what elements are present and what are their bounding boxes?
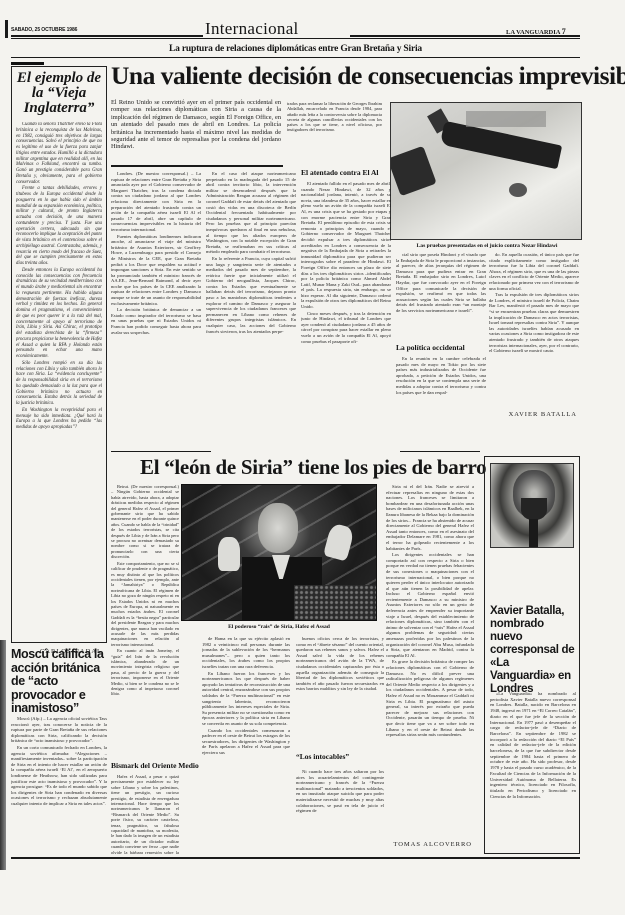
assad-caption: El poderoso “rais” de Siria, Hafez el As… xyxy=(181,624,377,630)
lead-paragraph: Fuentes diplomáticas londinenses indicar… xyxy=(111,234,201,307)
paper-name: LA VANGUARDIA 7 xyxy=(506,27,566,36)
editorial-paragraph: Cuando la señora Thatcher envió la Flota… xyxy=(16,122,102,185)
paper-name-text: LA VANGUARDIA xyxy=(506,29,560,36)
separator-rule xyxy=(400,451,480,452)
bullets-shape xyxy=(466,111,546,127)
lead-subhead-el-al: El atentado contra El Al xyxy=(301,168,391,178)
lion-subhead-intocables: “Los intocables” xyxy=(296,752,384,762)
lead-headline: Una valiente decisión de consecuencias i… xyxy=(111,62,581,90)
lead-paragraph: Londres. (De nuestro corresponsal.) – La… xyxy=(111,171,201,233)
lead-col-2: En el caso del ataque norteamericano per… xyxy=(206,171,296,443)
lead-col-4b: En la reunión en la cumbre celebrada el … xyxy=(396,356,486,414)
lead-byline: XAVIER BATALLA xyxy=(489,411,577,418)
lead-paragraph: cial sirio que poseía Hindawi y el visad… xyxy=(396,252,486,314)
topic-banner: La ruptura de relaciones diplomáticas en… xyxy=(11,44,580,54)
batalla-photo xyxy=(490,463,574,548)
profile-paragraph: «La Vanguardia» ha nombrado al periodist… xyxy=(490,691,576,799)
lion-paragraph: En Líbano fueron los franceses y los nor… xyxy=(202,671,290,727)
editorial-title: El ejemplo de la “Vieja Inglaterra” xyxy=(16,71,102,116)
editorial-box: El ejemplo de la “Vieja Inglaterra” Cuan… xyxy=(11,66,107,643)
lion-headline: El “león de Siria” tiene los pies de bar… xyxy=(140,455,480,479)
lead-deck: El Reino Unido se convirtió ayer en el p… xyxy=(111,99,281,151)
profile-headline: Xavier Batalla, nombrado nuevo correspon… xyxy=(490,605,576,696)
keypad-shape xyxy=(390,146,437,197)
pistol-shape xyxy=(440,121,562,169)
lead-col-1: Londres. (De nuestro corresponsal.) – La… xyxy=(111,171,201,443)
lead-paragraph: La decisión británica de denunciar a un … xyxy=(111,307,201,335)
lead-paragraph: En la reunión en la cumbre celebrada el … xyxy=(396,356,486,395)
section-title: Internacional xyxy=(205,20,299,38)
lead-col-5: do. En aquella ocasión, el único país qu… xyxy=(489,252,579,404)
lion-paragraph: Hafez el Assad, a pesar o quizá precisam… xyxy=(111,774,179,854)
moscow-body: Moscú (Afp.) – La agencia oficial soviét… xyxy=(11,716,107,851)
lead-col-4: cial sirio que poseía Hindawi y el visad… xyxy=(396,252,486,338)
lion-byline: TOMAS ALCOVERRO xyxy=(386,841,472,848)
bottom-rule xyxy=(11,857,580,859)
lion-paragraph: Este comportamiento, que no se sí califi… xyxy=(111,561,179,648)
editorial-tab xyxy=(11,62,44,65)
lion-paragraph: Es grave la decisión británica de romper… xyxy=(386,659,474,737)
masthead-date: SABADO, 25 OCTUBRE 1986 xyxy=(11,27,77,33)
evidence-caption: Las pruebas presentadas en el juicio con… xyxy=(392,243,582,249)
deck-rule xyxy=(111,165,283,167)
editorial-paragraph: Sólo Londres rompió en su día las relaci… xyxy=(16,361,102,407)
lion-paragraph: Los dirigentes occidentales se han compo… xyxy=(386,552,474,658)
lion-col-4: Siria ni el del Irán. Nadie se atrevió a… xyxy=(386,484,474,834)
lion-paragraph: Siria ni el del Irán. Nadie se atrevió a… xyxy=(386,484,474,551)
editorial-body: Cuando la señora Thatcher envió la Flota… xyxy=(16,122,102,640)
scan-edge xyxy=(0,640,6,870)
lead-paragraph: En el caso del ataque norteamericano per… xyxy=(206,171,296,255)
separator-rule xyxy=(111,451,211,452)
page-number: 7 xyxy=(562,27,566,36)
lion-paragraph: Beirut. (De nuestro corresponsal.) – Nin… xyxy=(111,484,179,560)
lead-paragraph: Cinco meses después, y tras la detención… xyxy=(301,311,391,345)
crowd-shape xyxy=(294,585,377,621)
lead-paragraph: Tras la expulsión de tres diplomáticos s… xyxy=(489,292,579,354)
lion-paragraph: Ni cuando hace tres años saltaron por lo… xyxy=(296,769,384,814)
moscow-headline: Moscú califica la acción británica de “a… xyxy=(11,648,107,716)
lead-subhead-politica: La política occidental xyxy=(396,343,486,353)
evidence-photo xyxy=(390,102,582,240)
lead-col-3: El atentado fallido en el pasado mes de … xyxy=(301,181,391,443)
face-shape xyxy=(258,503,298,553)
assad-photo xyxy=(181,484,377,621)
editorial-paragraph: Desde entonces la Europa occidental ha c… xyxy=(16,268,102,360)
profile-box: Xavier Batalla, nombrado nuevo correspon… xyxy=(484,456,580,854)
masthead-rule-left xyxy=(11,35,203,37)
edge-mark xyxy=(5,20,8,38)
editorial-paragraph: En Washington la receptividad para el me… xyxy=(16,408,102,431)
lead-paragraph: En lo referente a Francia, cuya capital … xyxy=(206,256,296,334)
lead-paragraph: El atentado fallido en el pasado mes de … xyxy=(301,181,391,310)
masthead-underline xyxy=(11,38,580,39)
passport-photo-shape xyxy=(509,183,527,197)
lion-col-2: de Hama en la que su ejército aplastó en… xyxy=(202,636,290,846)
lion-col-3: buenos oficios cerca de los terroristas,… xyxy=(296,636,384,743)
banner-rule xyxy=(11,57,580,58)
lead-deck-cont: trados para reclamar la liberación de Ge… xyxy=(287,101,382,151)
lion-col-1: Beirut. (De nuestro corresponsal.) – Nin… xyxy=(111,484,179,742)
profile-body: «La Vanguardia» ha nombrado al periodist… xyxy=(490,691,576,849)
left-hand-shape xyxy=(218,537,240,571)
lion-col-3b: Ni cuando hace tres años saltaron por lo… xyxy=(296,769,384,825)
editorial-paragraph: Frente a tantas debilidades, errores y t… xyxy=(16,186,102,267)
lion-col-1b: Hafez el Assad, a pesar o quizá precisam… xyxy=(111,774,179,854)
lion-paragraph: Cuando los occidentales comenzaron a pad… xyxy=(202,728,290,756)
lead-paragraph: do. En aquella ocasión, el único país qu… xyxy=(489,252,579,291)
lion-paragraph: de Hama en la que su ejército aplastó en… xyxy=(202,636,290,670)
tie-shape xyxy=(529,519,538,548)
beard-shape xyxy=(521,498,547,520)
lion-paragraph: En cuanto al imán Jomeiny, el “guía” del… xyxy=(111,648,179,697)
moscow-paragraph: Moscú (Afp.) – La agencia oficial soviét… xyxy=(11,716,107,744)
lion-paragraph: buenos oficios cerca de los terroristas,… xyxy=(296,636,384,692)
moscow-paragraph: En un corto comunicado fechado en Londre… xyxy=(11,745,107,807)
